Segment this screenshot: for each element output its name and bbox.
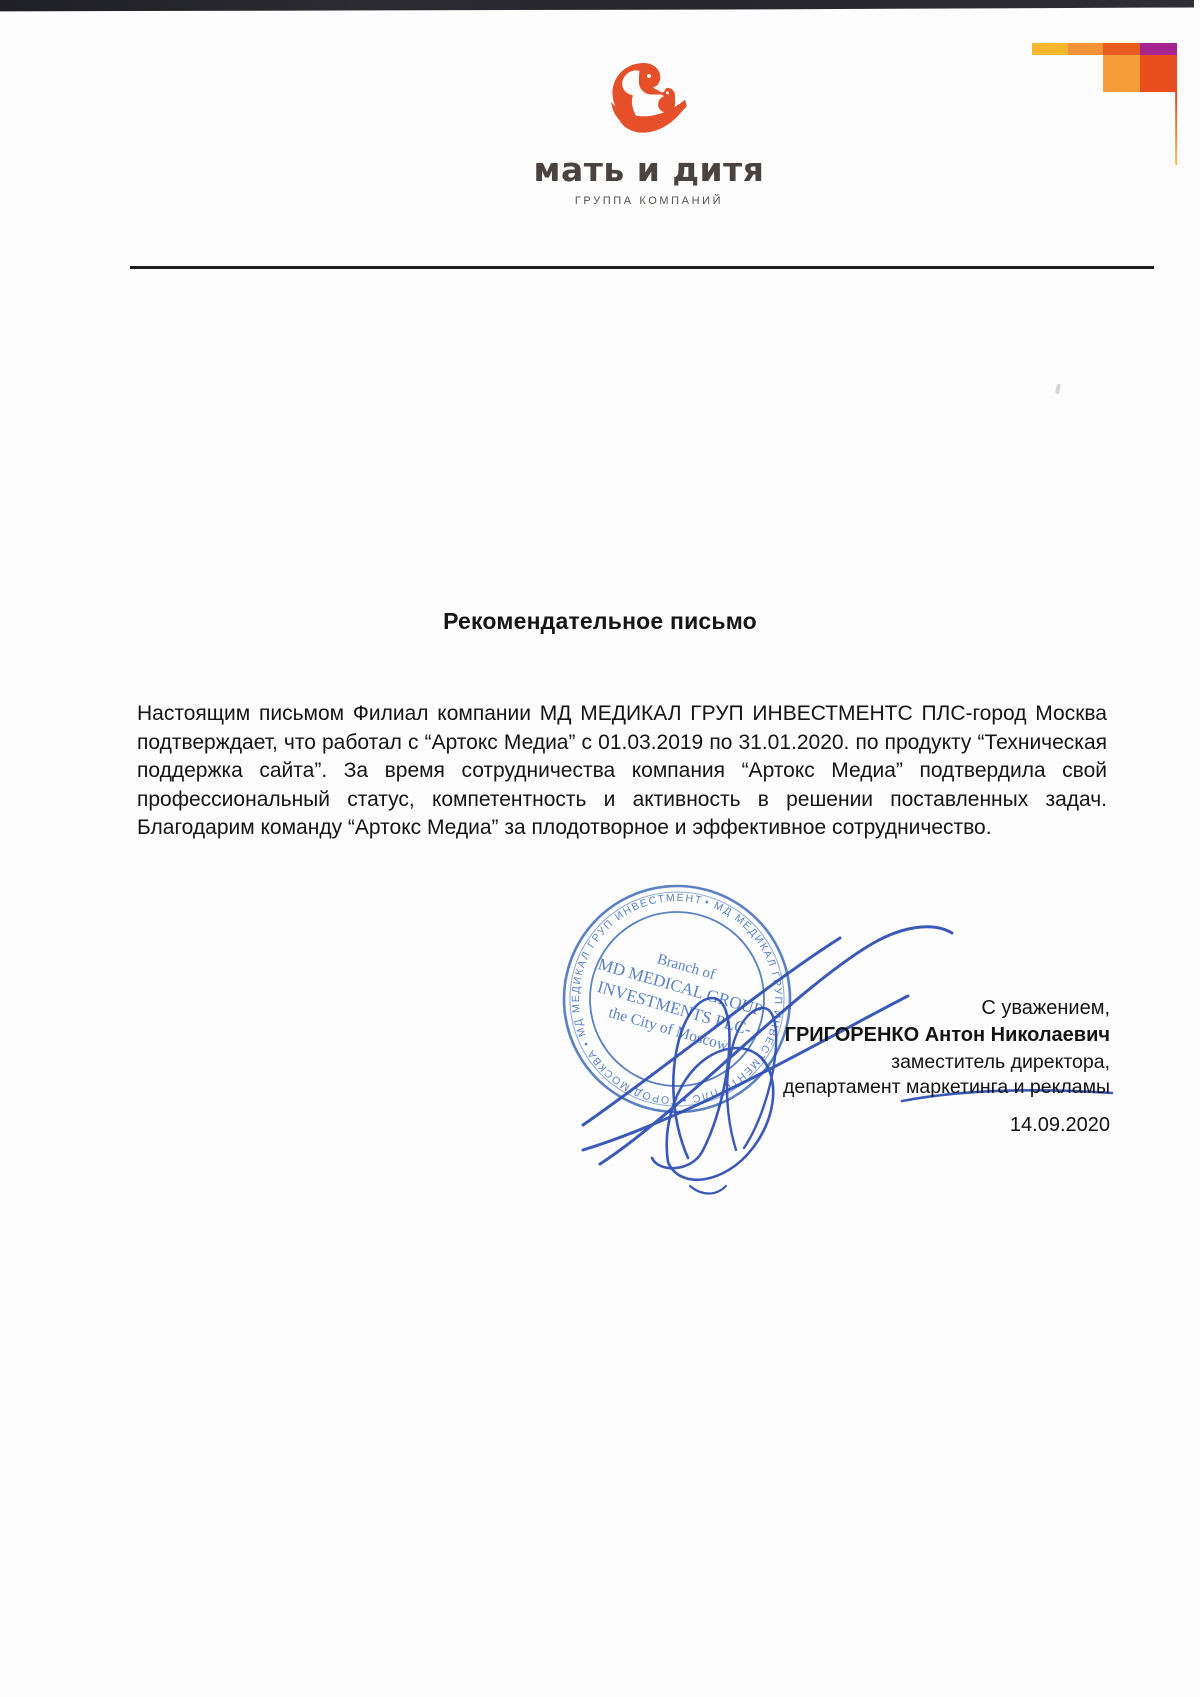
signer-name: ГРИГОРЕНКО Антон Николаевич — [783, 1022, 1110, 1049]
square-red — [1103, 43, 1140, 55]
mother-and-child-bird-icon — [607, 60, 691, 140]
signer-department: департамент маркетинга и рекламы — [783, 1075, 1110, 1100]
scanned-letter-page: { "logo": { "brand": "мать и дитя", "sub… — [0, 0, 1200, 1697]
big-square-red — [1140, 55, 1177, 92]
logo-brand-text: мать и дитя — [519, 153, 779, 186]
letter-date: 14.09.2020 — [783, 1114, 1110, 1137]
header-divider-line — [130, 266, 1154, 269]
signoff-block: С уважением, ГРИГОРЕНКО Антон Николаевич… — [783, 995, 1110, 1137]
letter-title: Рекомендательное письмо — [0, 608, 1200, 635]
letter-body: Настоящим письмом Филиал компании МД МЕД… — [137, 700, 1107, 843]
big-square-orange — [1103, 55, 1140, 92]
thin-vertical-line — [1175, 92, 1177, 165]
signer-position: заместитель директора, — [783, 1049, 1110, 1075]
square-orange — [1068, 43, 1103, 55]
salutation-text: С уважением, — [783, 995, 1110, 1022]
corner-squares-decoration — [1032, 43, 1180, 169]
company-logo: мать и дитя ГРУППА КОМПАНИЙ — [519, 60, 779, 207]
scan-artifact-speck — [1055, 384, 1061, 395]
scan-artifact-top-bar — [0, 0, 1194, 12]
logo-subtitle-text: ГРУППА КОМПАНИЙ — [519, 195, 779, 207]
square-yellow — [1032, 43, 1068, 55]
square-purple — [1140, 43, 1177, 55]
